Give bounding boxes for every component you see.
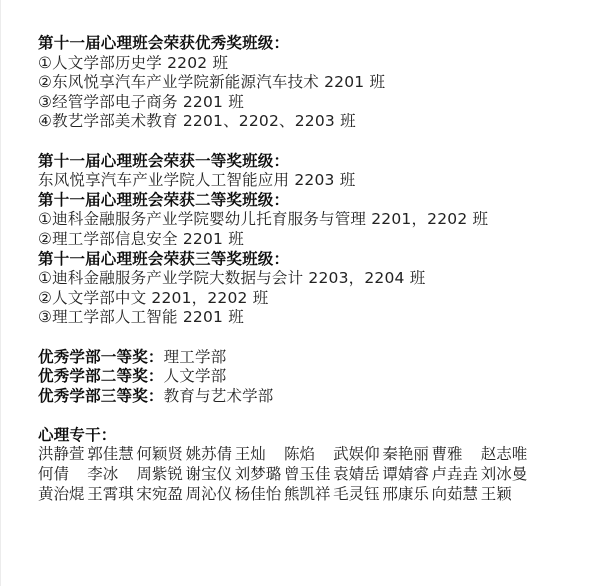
officer-name: 王灿 [235,445,284,465]
officer-name: 陈焰 [284,445,333,465]
officer-name: 武娱仰 [333,445,382,465]
second-prize-class-item: ①迪科金融服务产业学院婴幼儿托育服务与管理 2201，2202 班 [38,210,593,230]
department-award-row: 优秀学部二等奖：人文学部 [38,367,593,387]
section-spacer [38,328,593,348]
department-award-label: 优秀学部一等奖： [38,348,164,366]
third-prize-class-item: ③理工学部人工智能 2201 班 [38,308,593,328]
officer-name: 何颖贤 [136,445,185,465]
department-award-row: 优秀学部一等奖：理工学部 [38,348,593,368]
excellent-class-item: ②东风悦享汽车产业学院新能源汽车技术 2201 班 [38,73,593,93]
officer-name: 周沁仪 [186,485,235,505]
officer-name: 赵志唯 [481,445,530,465]
officer-name: 曾玉佳 [284,465,333,485]
section-spacer [38,132,593,152]
first-prize-class-item: 东风悦享汽车产业学院人工智能应用 2203 班 [38,171,593,191]
psych-officers-names-grid: 洪静萱 郭佳慧 何颖贤 姚苏倩 王灿 陈焰 武娱仰 秦艳丽 曹雅 赵志唯 何倩 … [38,445,593,504]
officer-name: 黄治焜 [38,485,87,505]
officer-name: 熊凯祥 [284,485,333,505]
officer-name: 郭佳慧 [87,445,136,465]
department-award-label: 优秀学部三等奖： [38,387,164,405]
officer-name: 谭婧睿 [382,465,431,485]
first-prize-heading: 第十一届心理班会荣获一等奖班级： [38,152,593,172]
second-prize-class-item: ②理工学部信息安全 2201 班 [38,230,593,250]
officer-name: 刘梦璐 [235,465,284,485]
award-announcement-document: 第十一届心理班会荣获优秀奖班级： ①人文学部历史学 2202 班 ②东风悦享汽车… [38,34,593,504]
officer-name: 秦艳丽 [382,445,431,465]
psych-officers-heading: 心理专干： [38,426,593,446]
third-prize-heading: 第十一届心理班会荣获三等奖班级： [38,250,593,270]
department-award-value: 教育与艺术学部 [164,387,274,405]
section-spacer [38,406,593,426]
officer-name: 袁婧岳 [333,465,382,485]
officer-name: 宋宛盈 [136,485,185,505]
officer-name: 姚苏倩 [186,445,235,465]
third-prize-class-item: ①迪科金融服务产业学院大数据与会计 2203，2204 班 [38,269,593,289]
officer-name: 邢康乐 [382,485,431,505]
officer-name: 杨佳怡 [235,485,284,505]
excellent-class-item: ③经管学部电子商务 2201 班 [38,93,593,113]
officer-name: 刘冰曼 [481,465,530,485]
department-award-row: 优秀学部三等奖：教育与艺术学部 [38,387,593,407]
officer-name: 何倩 [38,465,87,485]
excellent-class-item: ④教艺学部美术教育 2201、2202、2203 班 [38,112,593,132]
officer-name: 毛灵钰 [333,485,382,505]
second-prize-heading: 第十一届心理班会荣获二等奖班级： [38,191,593,211]
excellent-class-item: ①人文学部历史学 2202 班 [38,54,593,74]
department-award-value: 人文学部 [164,367,227,385]
officer-name: 卢垚垚 [432,465,481,485]
officer-name: 谢宝仪 [186,465,235,485]
officer-name: 曹雅 [432,445,481,465]
officer-name: 王颖 [481,485,530,505]
third-prize-class-item: ②人文学部中文 2201，2202 班 [38,289,593,309]
page-left-border [0,0,1,586]
excellent-classes-heading: 第十一届心理班会荣获优秀奖班级： [38,34,593,54]
department-award-label: 优秀学部二等奖： [38,367,164,385]
officer-name: 向茹慧 [432,485,481,505]
officer-name: 李冰 [87,465,136,485]
department-award-value: 理工学部 [164,348,227,366]
officer-name: 洪静萱 [38,445,87,465]
officer-name: 周紫锐 [136,465,185,485]
officer-name: 王霄琪 [87,485,136,505]
